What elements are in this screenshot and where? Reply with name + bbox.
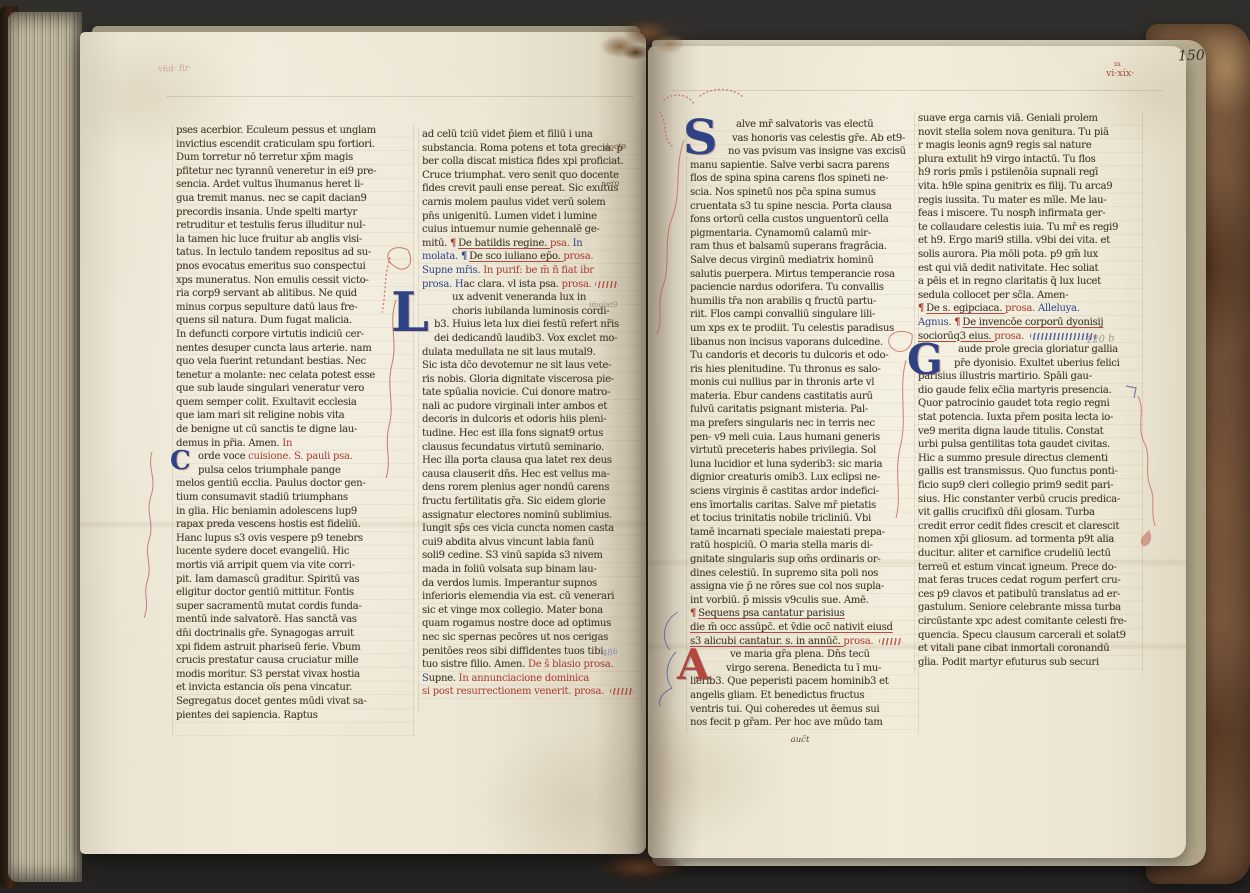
text-segment: Alleluya. <box>1038 303 1080 314</box>
text-segment: materia. Ebur candens castitatis aurū <box>690 391 873 402</box>
text-segment: Segregatus docet gentes mūdi vivat sa- <box>176 696 366 707</box>
text-segment: upne. <box>429 673 459 684</box>
text-line: nos fecit p gr̄am. Per hoc ave mūdo tam <box>690 716 915 730</box>
text-line: quens sil natura. Dum fugat malicia. <box>176 314 410 328</box>
text-line: dens rorem plenius ager nondū carens <box>422 481 638 495</box>
text-segment: solis aurora. Pia mōli pota. p9 gm̄ lux <box>918 249 1098 260</box>
text-segment: ux advenit veneranda lux in <box>452 292 586 303</box>
text-segment: dn̄i doctrinalis gr̄e. Synagogas arruit <box>176 628 354 639</box>
red-line-filler <box>610 688 634 695</box>
text-line: eligitur doctor gentiū mittitur. Fontis <box>176 586 410 600</box>
text-line: causa clauserit dn̄s. Hec est vellus ma- <box>422 468 638 482</box>
text-segment: pses acerbior. Eculeum pessus et unglam <box>176 125 376 136</box>
text-line: solis aurora. Pia mōli pota. p9 gm̄ lux <box>918 248 1139 262</box>
text-line: sencia. Ardet vultus īhumanus heret li- <box>176 178 410 192</box>
text-line: circūstante xpc adest comitante celesti … <box>918 615 1139 629</box>
text-segment: ris hies plenitudine. Tu thronus es salo… <box>690 364 881 375</box>
text-segment: tium consumavit stadiū triumphans <box>176 492 348 503</box>
text-segment: tate spūalia novicie. Cui donore matro- <box>422 387 610 398</box>
text-line: pses acerbior. Eculeum pessus et unglam <box>176 124 410 138</box>
text-segment: ¶ <box>461 251 467 262</box>
text-segment: eligitur doctor gentiū mittitur. Fontis <box>176 587 354 598</box>
text-segment: tuo sistre filio. Amen. <box>422 659 528 670</box>
text-segment: dens rorem plenius ager nondū carens <box>422 482 609 493</box>
text-line: cruentata s3 tu spine nescia. Porta clau… <box>690 200 915 214</box>
quire-mark-verso: vn̄d· fir· <box>158 63 192 74</box>
text-segment: cruentata s3 tu spine nescia. Porta clau… <box>690 201 892 212</box>
text-segment: ces p9 clavos et patibulū translatus ad … <box>918 589 1120 600</box>
text-segment: libanus non incisus vaporans dulcedine. <box>690 337 883 348</box>
text-segment: h9 roris pmīs i pstilenōia supnali regī <box>918 167 1098 178</box>
text-line: inferioris elemendia via est. cū venerar… <box>422 590 638 604</box>
text-line: sic et vinge mox collegio. Mater bona <box>422 604 638 618</box>
text-segment: melos gentiū ecclia. Paulus doctor gen- <box>176 478 365 489</box>
text-line: de benigne ut cū sanctis te digne lau- <box>176 423 410 437</box>
text-line: pr̄e dyonisio. Exultet uberius felici <box>918 357 1139 371</box>
text-line: die m̄ occ assūpc̄. et v̄die occ̄ nativi… <box>690 621 915 635</box>
text-line: sius. Hic constanter verbū crucis predic… <box>918 493 1139 507</box>
text-line: invictius escendit craticulam spu fortio… <box>176 138 410 152</box>
text-line: et vitali pane cibat inmortali coronandū <box>918 642 1139 656</box>
text-line: pulsa celos triumphale pange <box>176 464 410 478</box>
text-segment: pigmentaria. Cynamomū calamū mir- <box>690 228 871 239</box>
text-segment: sic et vinge mox collegio. Mater bona <box>422 605 603 616</box>
text-segment: salutis puerpera. Mirtus temperancie ros… <box>690 269 895 280</box>
text-line: paciencie nardus odorifera. Tu convallis <box>690 281 915 295</box>
text-line: rapax preda vescens hostis est fideliū. <box>176 518 410 532</box>
text-line: mentū inde salvatorē. Has sanctā vas <box>176 613 410 627</box>
text-segment: ducitur. aliter et carnifice crudeliū le… <box>918 548 1111 559</box>
text-line: ficio sup9 cleri collegio prim9 sedit pa… <box>918 479 1139 493</box>
text-line: gua tremit manus. nec se capit dacian9 <box>176 192 410 206</box>
text-segment: pr̄e dyonisio. Exultet uberius felici <box>954 358 1120 369</box>
text-line: libanus non incisus vaporans dulcedine. <box>690 336 915 350</box>
text-line: ratū hospiciū. O maria stella maris di- <box>690 539 915 553</box>
text-line: mada in foliū volsata sup binam lau- <box>422 563 638 577</box>
text-line: ens īmortalis caritas. Salve mr̄ pietati… <box>690 499 915 513</box>
text-segment: choris iubilanda luminosis cordi- <box>452 306 609 317</box>
text-segment: sciens virginis ē castitas ardor indefic… <box>690 486 879 497</box>
text-line: tamē incarnati speciale maiestati prepa- <box>690 526 915 540</box>
text-line: ¶De s. egipciaca. prosa. Alleluya. <box>918 302 1139 316</box>
text-segment: soli9 cedine. S3 vinū sapida s3 nivem <box>422 550 603 561</box>
text-segment: carnis molem paulus videt verū solem <box>422 197 605 208</box>
text-line: crucis prestatur causa cruciatur mille <box>176 654 410 668</box>
text-segment: super sacramentū mutat cordis funda- <box>176 601 362 612</box>
text-segment: ber colla discat mistica fides xpi profi… <box>422 156 623 167</box>
text-segment: causa clauserit dn̄s. Hec est vellus ma- <box>422 469 610 480</box>
text-segment: virtutū preceteris habes privilegia. Sol <box>690 445 876 456</box>
text-segment: virgo serena. Benedicta tu ī mu- <box>726 663 881 674</box>
text-line: In defuncti corpore virtutis indiciū cer… <box>176 328 410 342</box>
text-segment: pfitetur nec tyrannū veneretur in ei9 pr… <box>176 166 376 177</box>
text-line: gastulum. Seniore celebrante missa turba <box>918 601 1139 615</box>
text-segment: xpi fidem astruit phariseū ferie. Vbum <box>176 642 360 653</box>
text-line: ris nobis. Gloria dignitate viscerosa pi… <box>422 373 638 387</box>
text-line: regis iussita. Tu mater es mīle. Me lau- <box>918 194 1139 208</box>
quire-heading-recto: xxvi·xix· <box>1106 68 1134 79</box>
text-segment: De invencōe corporū dyonisij <box>962 317 1103 328</box>
text-segment: nec sic spernas pecōres ut nos cerigas <box>422 632 608 643</box>
text-segment: cuisione. S. pauli psa. <box>248 451 352 462</box>
text-line: molata. ¶De sco iuliano ep̄o. prosa. <box>422 250 638 264</box>
text-segment: est qui viā dedit nativitate. Hec soliat <box>918 263 1098 274</box>
text-segment: prosa. <box>563 251 593 262</box>
text-segment: minus corpus sepulture datū laus fre- <box>176 302 357 313</box>
text-segment: te collaudare celestis iuia. Tu mr̄ es r… <box>918 222 1118 233</box>
spine-bottom-edge <box>598 854 684 886</box>
text-column-verso-b: ad celū tciū videt p̄iem et filiū i unas… <box>418 128 642 712</box>
page-edges-stack-left <box>8 12 82 882</box>
text-segment: In purif: be m̄ ñ fiat ib̄r <box>483 265 594 276</box>
text-segment: scia. Nos spinetū nos pc̄a spina sumus <box>690 187 876 198</box>
text-line: modis moritur. S3 perstat vivax hostia <box>176 668 410 682</box>
text-segment: s3 alicubi cantatur. s. in annūc̄. <box>690 636 843 647</box>
text-segment: luna lucidior et luna syderib3: sic mari… <box>690 459 882 470</box>
ruling-line <box>672 90 1162 91</box>
text-segment: prosa. <box>994 331 1027 342</box>
text-line: fons ortorū cella custos unguentorū cell… <box>690 213 915 227</box>
text-line: si post resurrectionem venerit. prosa. <box>422 685 638 699</box>
text-line: Tu candoris et decoris tu dulcoris et od… <box>690 349 915 363</box>
text-segment: parisius illustris martirio. Spāli gau- <box>918 371 1092 382</box>
text-segment: Quor patrocinio gaudet tota regio regni <box>918 398 1109 409</box>
text-line: ber colla discat mistica fides xpi profi… <box>422 155 638 169</box>
text-segment: et h9. Ergo mari9 stilla. v9bi dei vita.… <box>918 235 1110 246</box>
text-line: riit. Flos campi convalliū singulare lil… <box>690 308 915 322</box>
text-line: decoris in dulcoris et odoris hiis pleni… <box>422 413 638 427</box>
text-line: ma prefers singularis nec in terris nec <box>690 417 915 431</box>
text-segment: mitū. <box>422 238 450 249</box>
text-line: nomen xp̄i gliosum. ad tormenta p9t alia <box>918 533 1139 547</box>
text-segment: cui9 abdita alvus vincunt labia fanū <box>422 537 594 548</box>
text-line: ram thus et balsamū superans fragrācia. <box>690 240 915 254</box>
text-segment: si post resurrectionem venerit. prosa. <box>422 686 607 697</box>
text-line: vas honoris vas celestis gr̄e. Ab et9- <box>690 132 915 146</box>
text-line: Dum torretur nō terretur xp̄m magis <box>176 151 410 165</box>
text-line: xpi fidem astruit phariseū ferie. Vbum <box>176 641 410 655</box>
text-segment: terreū et estum vincat igneum. Prece do- <box>918 562 1117 573</box>
text-segment: gua tremit manus. nec se capit dacian9 <box>176 193 367 204</box>
red-line-filler <box>595 281 619 288</box>
text-line: pen- v9 meli cuia. Laus humani generis <box>690 431 915 445</box>
text-line: ces p9 clavos et patibulū translatus ad … <box>918 588 1139 602</box>
text-segment: quo vela fuerint retundant bestias. Nec <box>176 356 366 367</box>
text-line: credit error cedit fides crescit et clar… <box>918 520 1139 534</box>
text-line: sedula collocet per sc̄la. Amen- <box>918 289 1139 303</box>
text-segment: et vitali pane cibat inmortali coronandū <box>918 643 1109 654</box>
text-line: soli9 cedine. S3 vinū sapida s3 nivem <box>422 549 638 563</box>
text-segment: modis moritur. S3 perstat vivax hostia <box>176 669 360 680</box>
text-line: xps muneratus. Non emulis cessit victo- <box>176 274 410 288</box>
text-line: demus in pr̄ia. Amen. In <box>176 437 410 451</box>
text-segment: ma prefers singularis nec in terris nec <box>690 418 875 429</box>
text-segment: Cruce triumphat. vero senit quo docente <box>422 170 619 181</box>
text-segment: feas i miscere. Tu nospħ infirmata ger- <box>918 208 1105 219</box>
text-segment: no vas pvisum vas insigne vas excisū <box>728 146 906 157</box>
text-line: virtutū preceteris habes privilegia. Sol <box>690 444 915 458</box>
text-segment: clausus fecundatus virtutū seminario. <box>422 442 604 453</box>
text-segment: in glia. Hic beniamin adolescens lup9 <box>176 506 357 517</box>
text-line: et h9. Ergo mari9 stilla. v9bi dei vita.… <box>918 234 1139 248</box>
text-segment: crucis prestatur causa cruciatur mille <box>176 655 358 666</box>
text-segment: xps muneratus. Non emulis cessit victo- <box>176 275 369 286</box>
text-segment: nali ac pudore virginali inter ambos et <box>422 401 607 412</box>
text-segment: ratū hospiciū. O maria stella maris di- <box>690 540 873 551</box>
text-segment: ¶ <box>690 608 696 619</box>
margin-gloss-faint: im̄olat9 <box>589 300 618 309</box>
text-segment: sius. Hic constanter verbū crucis predic… <box>918 494 1120 505</box>
text-segment: tatus. In lectulo tandem repositus ad su… <box>176 247 371 258</box>
text-line: vita. h9le spina genitrix es filij. Tu a… <box>918 180 1139 194</box>
text-segment: Sic ista dc̄o devotemur ne sit laus vete… <box>422 360 611 371</box>
text-segment: dei dedicandū laudib3. Vox exclet mo- <box>434 333 617 344</box>
text-segment: mat feras truces cedat rogum perfert cru… <box>918 575 1120 586</box>
text-line: nentes desuper cuncta laus arterie. nam <box>176 342 410 356</box>
text-segment: pnos evocatus emeritus suo conspectui <box>176 261 365 272</box>
text-line: et tocius trinitatis nobile tricliniū. V… <box>690 512 915 526</box>
text-segment: sedula collocet per sc̄la. Amen- <box>918 290 1068 301</box>
text-segment: lierib3. Que peperisti pacem hominib3 et <box>690 676 889 687</box>
text-line: mortis viā arripit quem via vite corri- <box>176 559 410 573</box>
text-segment: Sequens psa cantatur parisius <box>698 608 844 619</box>
text-line: tenetur a molante: nec celata potest ess… <box>176 369 410 383</box>
text-line: pfitetur nec tyrannū veneretur in ei9 pr… <box>176 165 410 179</box>
text-line: tatus. In lectulo tandem repositus ad su… <box>176 246 410 260</box>
text-line: prosa. Hac clara. vl ista psa. prosa. <box>422 278 638 292</box>
text-line: ¶Sequens psa cantatur parisius <box>690 607 915 621</box>
text-segment: die m̄ occ assūpc̄. et v̄die occ̄ nativi… <box>690 622 893 633</box>
text-segment: pit. Iam damascū graditur. Spiritū vas <box>176 574 359 585</box>
text-segment: S <box>422 673 429 684</box>
text-segment: In annunciacione dominica <box>459 673 589 684</box>
text-line: Supne. In annunciacione dominica <box>422 672 638 686</box>
text-line: terreū et estum vincat igneum. Prece do- <box>918 561 1139 575</box>
text-segment: Hec illa porta clausa qua latet rex deus <box>422 455 612 466</box>
text-column-recto-a: alve mr̄ salvatoris vas electūvas honori… <box>686 118 919 734</box>
text-line: pientes dei sapiencia. Raptus <box>176 709 410 723</box>
text-segment: plura extulit h9 virgo intactū. Tu flos <box>918 154 1095 165</box>
text-line: Hic a summo presule directus clementi <box>918 452 1139 466</box>
text-line: quam rogamus nostre doce ad optimus <box>422 617 638 631</box>
margin-note-pencil: 120 b <box>1086 333 1115 346</box>
text-line: no vas pvisum vas insigne vas excisū <box>690 145 915 159</box>
text-segment: novit stella solem nova genitura. Tu piā <box>918 127 1109 138</box>
text-line: parisius illustris martirio. Spāli gau- <box>918 370 1139 384</box>
text-line: feas i miscere. Tu nospħ infirmata ger- <box>918 207 1139 221</box>
text-line: ventris tui. Qui coheredes ut ēemus sui <box>690 703 915 717</box>
text-segment: Hic a summo presule directus clementi <box>918 453 1108 464</box>
text-segment: ¶ <box>918 303 924 314</box>
text-line: gnitate singularis sup om̄s ordinaris or… <box>690 553 915 567</box>
text-segment: suave erga carnis viā. Geniali prolem <box>918 113 1098 124</box>
text-line: minus corpus sepulture datū laus fre- <box>176 301 410 315</box>
text-segment: pientes dei sapiencia. Raptus <box>176 710 318 721</box>
text-line: lierib3. Que peperisti pacem hominib3 et <box>690 675 915 689</box>
text-segment: regis iussita. Tu mater es mīle. Me lau- <box>918 195 1106 206</box>
text-segment: psa. <box>550 238 573 249</box>
damaged-headband <box>594 14 686 62</box>
text-segment: ¶ <box>450 238 456 249</box>
text-segment: dio gaude felix ec̄lia martyris presenci… <box>918 385 1111 396</box>
text-segment: dignior creaturis omib3. Lux eclipsi ne- <box>690 472 880 483</box>
text-line: b3. Huius leta lux diei festū refert nr̄… <box>422 318 638 332</box>
text-line: stat potencia. Iuxta pr̄em posita lecta … <box>918 411 1139 425</box>
text-line: pn̄s unigenitū. Lumen videt i lumine <box>422 210 638 224</box>
text-line: ducitur. aliter et carnifice crudeliū le… <box>918 547 1139 561</box>
margin-gloss-nero: nero <box>601 178 620 188</box>
text-segment: gl̄ia. Podit martyr efuturus sub securi <box>918 657 1099 668</box>
catchword: auc̄t <box>752 735 848 745</box>
text-segment: a pēis et in regno claritatis q̄ lux luc… <box>918 276 1101 287</box>
text-segment: In defuncti corpore virtutis indiciū cer… <box>176 329 364 340</box>
illuminated-initial-s: S <box>683 114 718 162</box>
text-segment: r magis leonis agn9 regis sal nature <box>918 140 1091 151</box>
illuminated-initial-l: L <box>391 285 429 339</box>
text-segment: la tamen hic luce fruitur ab anglis visi… <box>176 234 362 245</box>
text-segment: In <box>573 238 583 249</box>
text-line: Salve decus virginū mediatrix hominū <box>690 254 915 268</box>
verso-page: pses acerbior. Eculeum pessus et unglami… <box>80 32 646 854</box>
text-segment: ficio sup9 cleri collegio prim9 sedit pa… <box>918 480 1113 491</box>
text-line: aude prole grecia gloriatur gallia <box>918 343 1139 357</box>
text-segment: ad celū tciū videt p̄iem et filiū i una <box>422 129 593 140</box>
text-line: tium consumavit stadiū triumphans <box>176 491 410 505</box>
text-line: Segregatus docet gentes mūdi vivat sa- <box>176 695 410 709</box>
text-segment: ris nobis. Gloria dignitate viscerosa pi… <box>422 374 614 385</box>
text-segment: fides crevit pauli ense pereat. Sic exut… <box>422 183 618 194</box>
text-line: Quor patrocinio gaudet tota regio regni <box>918 397 1139 411</box>
text-line: gallis est transmissus. Quo functus pont… <box>918 465 1139 479</box>
text-segment: tamē incarnati speciale maiestati prepa- <box>690 527 885 538</box>
ruling-line <box>166 96 634 97</box>
text-segment: ve9 merita digna laude titulis. Constat <box>918 426 1103 437</box>
text-line: carnis molem paulus videt verū solem <box>422 196 638 210</box>
text-line: dignior creaturis omib3. Lux eclipsi ne- <box>690 471 915 485</box>
text-line: Iungit sp̄s ces vicia cuncta nomen casta <box>422 522 638 536</box>
text-line: um xps ex te prodiit. Tu celestis paradi… <box>690 322 915 336</box>
text-line: nec sic spernas pecōres ut nos cerigas <box>422 631 638 645</box>
text-line: virgo serena. Benedicta tu ī mu- <box>690 662 915 676</box>
text-line: h9 roris pmīs i pstilenōia supnali regī <box>918 166 1139 180</box>
text-line: materia. Ebur candens castitatis aurū <box>690 390 915 404</box>
text-segment: decoris in dulcoris et odoris hiis pleni… <box>422 414 606 425</box>
text-line: s3 alicubi cantatur. s. in annūc̄. prosa… <box>690 635 915 649</box>
text-line: fructu fertilitatis gr̄a. Sic eidem glor… <box>422 495 638 509</box>
text-line: precordis insania. Unde spelti martyr <box>176 206 410 220</box>
text-segment: ram thus et balsamū superans fragrācia. <box>690 241 887 252</box>
recto-page: alve mr̄ salvatoris vas electūvas honori… <box>648 46 1186 858</box>
text-line: manu sapientie. Salve verbi sacra parens <box>690 159 915 173</box>
text-line: Hec illa porta clausa qua latet rex deus <box>422 454 638 468</box>
illuminated-initial-a: A <box>677 644 710 686</box>
text-line: scia. Nos spinetū nos pc̄a spina sumus <box>690 186 915 200</box>
text-line: dei dedicandū laudib3. Vox exclet mo- <box>422 332 638 346</box>
text-line: lucente sydere docet evangeliū. Hic <box>176 545 410 559</box>
text-segment: gastulum. Seniore celebrante missa turba <box>918 602 1121 613</box>
text-line: Hanc lupus s3 ovis vespere p9 tenebrs <box>176 532 410 546</box>
text-segment: pn̄s unigenitū. Lumen videt i lumine <box>422 211 597 222</box>
text-segment: ac clara. vl ista psa. <box>463 279 561 290</box>
text-segment: ria corp9 servant ab alitibus. Ne quid <box>176 288 357 299</box>
text-segment: quam rogamus nostre doce ad optimus <box>422 618 611 629</box>
text-segment: humilis tr̄a non arabilis q fructū partu… <box>690 296 876 307</box>
text-segment: credit error cedit fides crescit et clar… <box>918 521 1119 532</box>
text-segment: nos fecit p gr̄am. Per hoc ave mūdo tam <box>690 717 883 728</box>
text-segment: tenetur a molante: nec celata potest ess… <box>176 370 375 381</box>
text-segment: ens īmortalis caritas. Salve mr̄ pietati… <box>690 500 876 511</box>
text-line: et invicta estancia oīs pena vincatur. <box>176 681 410 695</box>
text-line: cui9 abdita alvus vincunt labia fanū <box>422 536 638 550</box>
text-segment: et tocius trinitatis nobile tricliniū. V… <box>690 513 871 524</box>
text-segment: int vorbiū. p̄ missis v9culis sue. Amē. <box>690 595 869 606</box>
text-line: melos gentiū ecclia. Paulus doctor gen- <box>176 477 410 491</box>
text-segment: De batildis regine. <box>458 238 550 249</box>
text-line: dio gaude felix ec̄lia martyris presenci… <box>918 384 1139 398</box>
text-line: in glia. Hic beniamin adolescens lup9 <box>176 505 410 519</box>
text-segment: Dum torretur nō terretur xp̄m magis <box>176 152 353 163</box>
text-line: assigna vie p̄ ne rōres sue col nos supl… <box>690 580 915 594</box>
text-segment: quem semper colit. Exultavit ecclesia <box>176 397 357 408</box>
text-line: pit. Iam damascū graditur. Spiritū vas <box>176 573 410 587</box>
text-segment: retruditur et testulis ferus illuditur n… <box>176 220 365 231</box>
text-line: mat feras truces cedat rogum perfert cru… <box>918 574 1139 588</box>
text-line: ria corp9 servant ab alitibus. Ne quid <box>176 287 410 301</box>
text-segment: assigna vie p̄ ne rōres sue col nos supl… <box>690 581 884 592</box>
text-segment: precordis insania. Unde spelti martyr <box>176 207 357 218</box>
text-line: ad celū tciū videt p̄iem et filiū i una <box>422 128 638 142</box>
text-line: novit stella solem nova genitura. Tu piā <box>918 126 1139 140</box>
text-line: ris hies plenitudine. Tu thronus es salo… <box>690 363 915 377</box>
text-line: fulvū caritatis psignant misteria. Pal- <box>690 403 915 417</box>
text-segment: Iungit sp̄s ces vicia cuncta nomen casta <box>422 523 614 534</box>
text-line: ve9 merita digna laude titulis. Constat <box>918 425 1139 439</box>
text-segment: cuius intuemur numie gehennalē ge- <box>422 224 600 235</box>
text-line: sciens virginis ē castitas ardor indefic… <box>690 485 915 499</box>
text-line: urbi pulsa gentilitas tota gaudet civita… <box>918 438 1139 452</box>
text-line: flos de spina spina carens flos spineti … <box>690 172 915 186</box>
text-line: gl̄ia. Podit martyr efuturus sub securi <box>918 656 1139 670</box>
text-line: que iam mari sit religine nobis vita <box>176 409 410 423</box>
text-segment: fructu fertilitatis gr̄a. Sic eidem glor… <box>422 496 605 507</box>
text-segment: mada in foliū volsata sup binam lau- <box>422 564 596 575</box>
text-line: quem semper colit. Exultavit ecclesia <box>176 396 410 410</box>
text-segment: que iam mari sit religine nobis vita <box>176 410 344 421</box>
text-segment: De sco iuliano ep̄o. <box>469 251 563 262</box>
text-segment: penitōes reos sibi diffidentes tuos tibi <box>422 646 603 657</box>
text-segment: de benigne ut cū sanctis te digne lau- <box>176 424 357 435</box>
text-segment: prosa. <box>562 279 592 290</box>
text-line: clausus fecundatus virtutū seminario. <box>422 441 638 455</box>
text-segment: nentes desuper cuncta laus arterie. nam <box>176 343 371 354</box>
text-line: dulata medullata ne sit laus mutal9. <box>422 346 638 360</box>
text-segment: substancia. Roma potens et tota grecia. … <box>422 143 623 154</box>
text-line: plura extulit h9 virgo intactū. Tu flos <box>918 153 1139 167</box>
text-segment: De s. egipciaca. <box>926 303 1005 314</box>
text-line: nali ac pudore virginali inter ambos et <box>422 400 638 414</box>
text-segment: da verdos lumis. Imperantur supnos <box>422 578 597 589</box>
text-segment: Hanc lupus s3 ovis vespere p9 tenebrs <box>176 533 363 544</box>
text-line: mitū. ¶De batildis regine. psa. In <box>422 237 638 251</box>
text-line: suave erga carnis viā. Geniali prolem <box>918 112 1139 126</box>
text-segment: lucente sydere docet evangeliū. Hic <box>176 546 349 557</box>
text-line: retruditur et testulis ferus illuditur n… <box>176 219 410 233</box>
text-line: ve maria gr̄a plena. Dn̄s tecū <box>690 648 915 662</box>
text-segment: Supne mr̄is. <box>422 265 483 276</box>
manuscript-photo: pses acerbior. Eculeum pessus et unglami… <box>0 0 1250 893</box>
text-segment: et invicta estancia oīs pena vincatur. <box>176 682 352 693</box>
text-line: a pēis et in regno claritatis q̄ lux luc… <box>918 275 1139 289</box>
